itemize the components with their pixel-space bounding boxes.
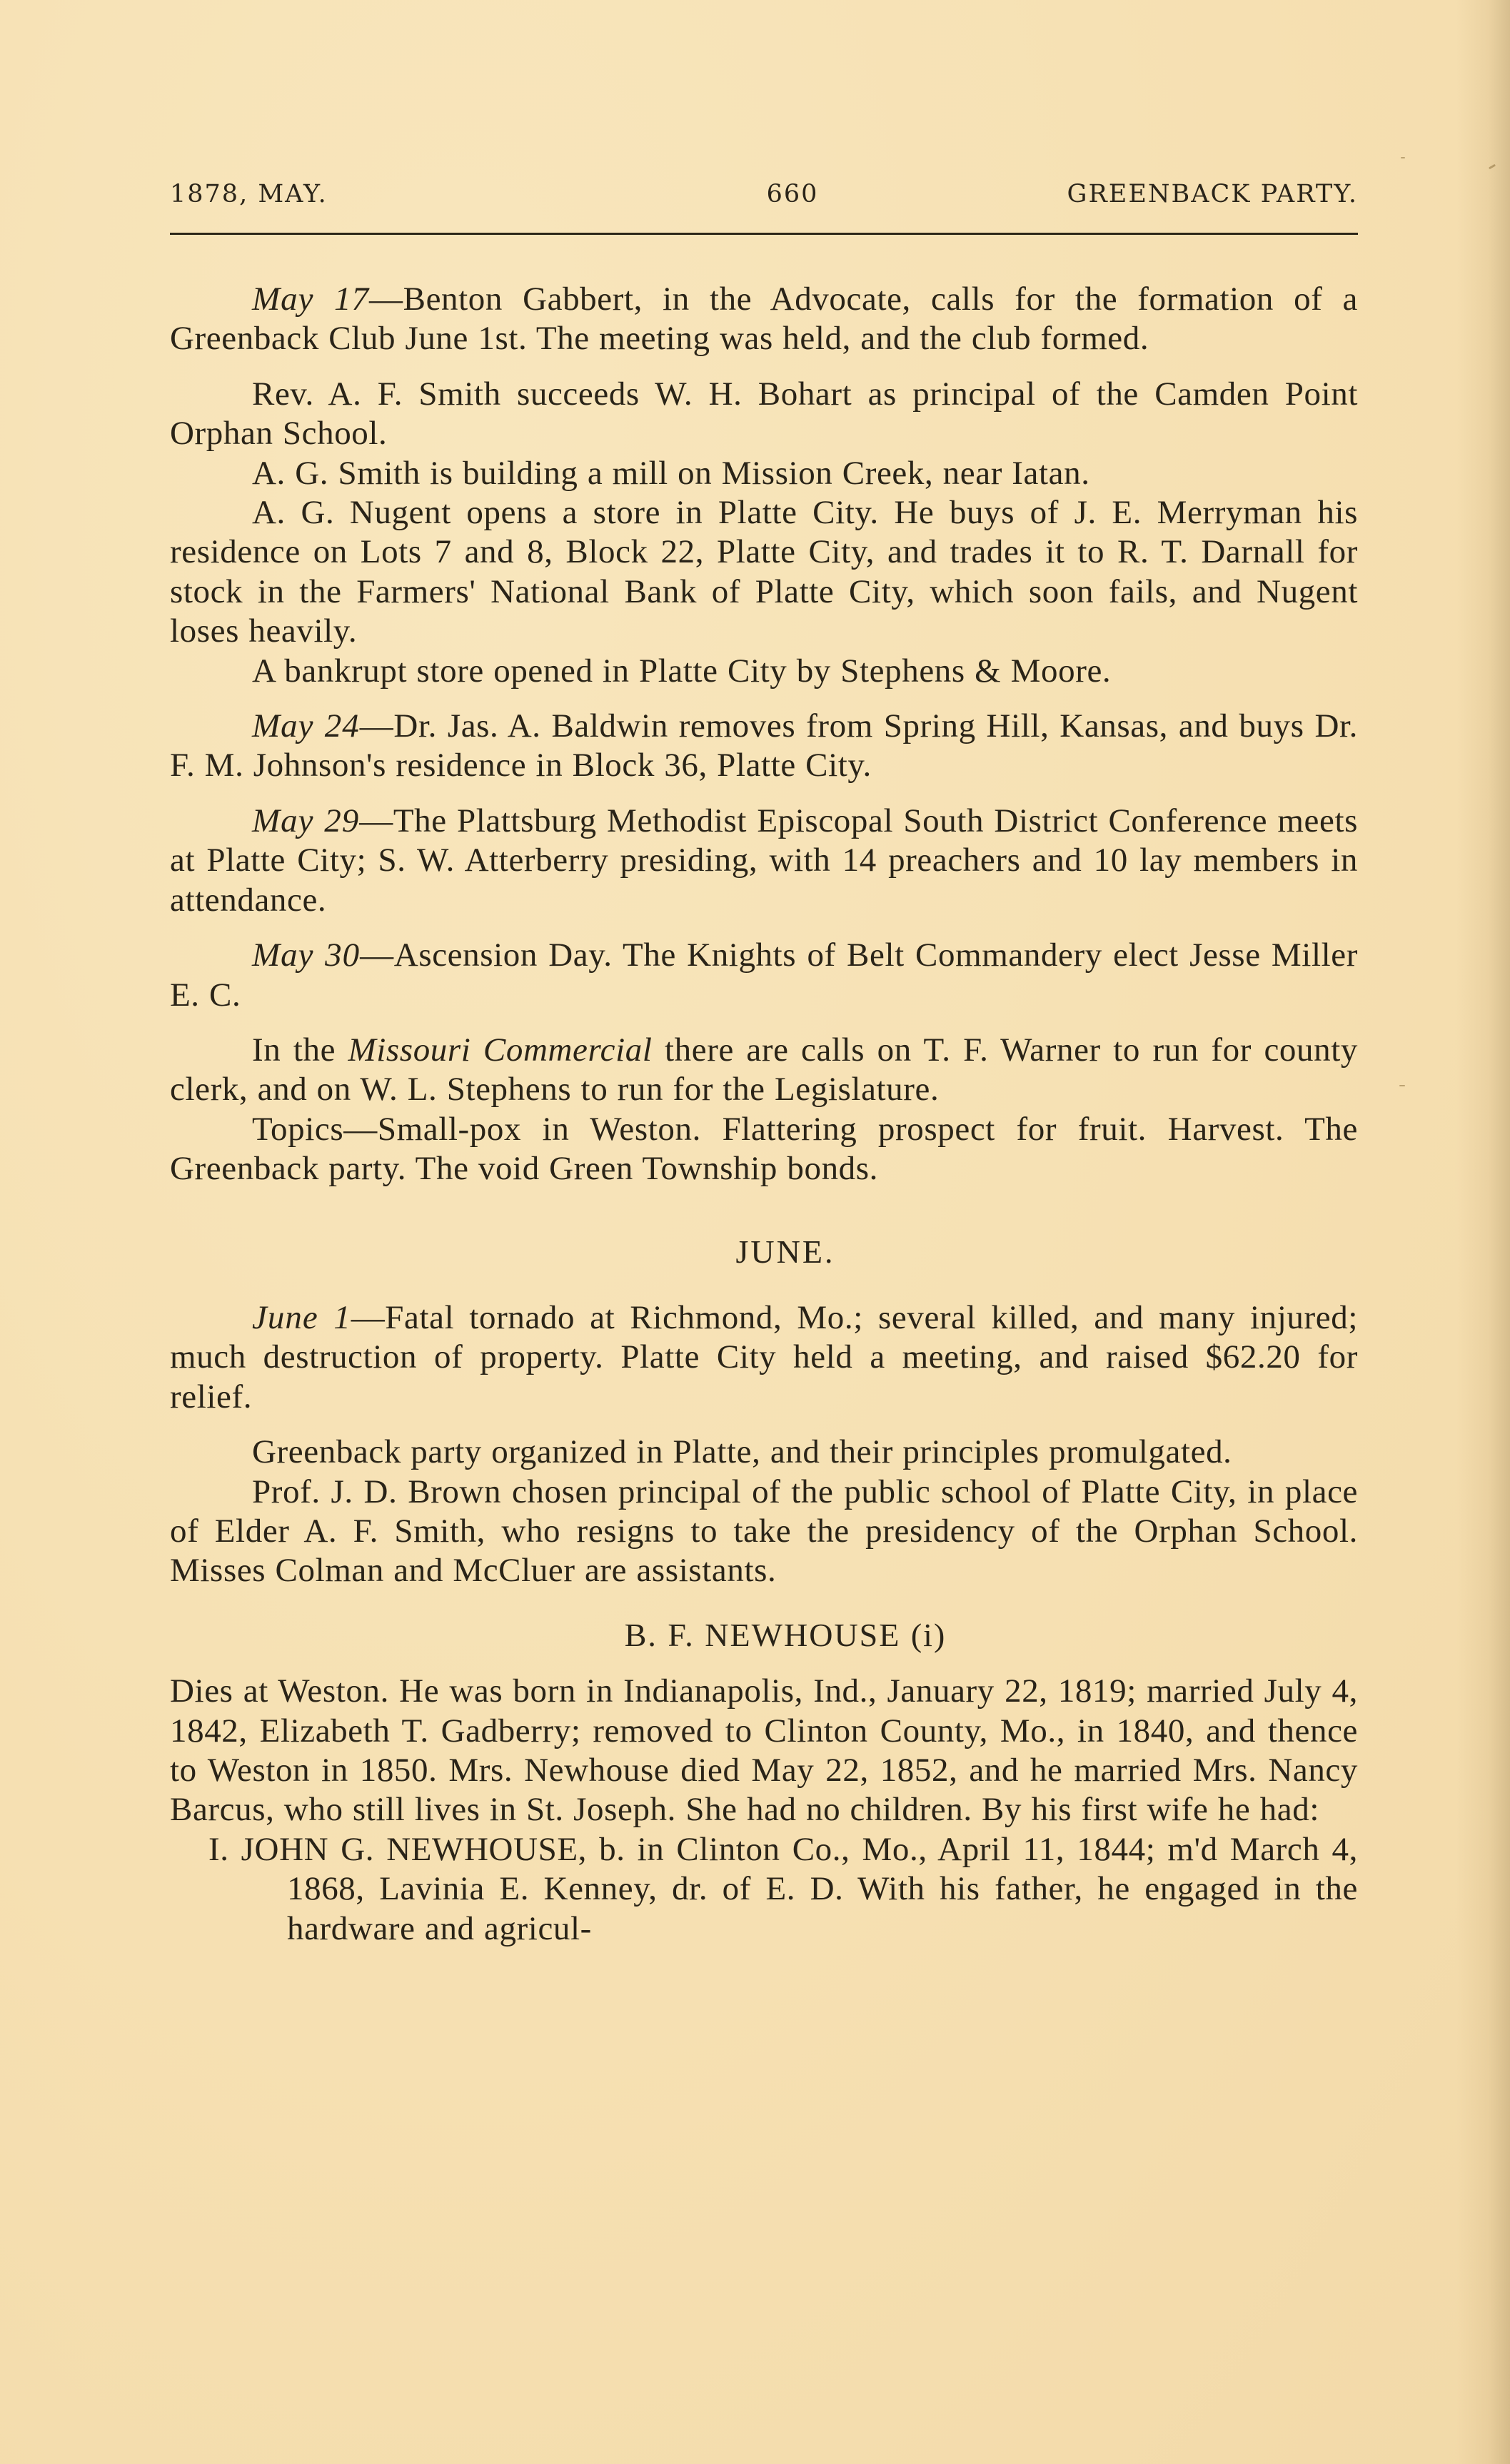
child-list-item: I. JOHN G. NEWHOUSE, b. in Clinton Co., …: [170, 1830, 1358, 1949]
entry-may-17: May 17—Benton Gabbert, in the Advocate, …: [170, 280, 1358, 359]
entry-bankrupt-store: A bankrupt store opened in Platte City b…: [170, 652, 1358, 691]
entry-topics: Topics—Small-pox in Weston. Flattering p…: [170, 1110, 1358, 1189]
entry-missouri-commercial: In the Missouri Commercial there are cal…: [170, 1031, 1358, 1110]
entry-june-1: June 1—Fatal tornado at Richmond, Mo.; s…: [170, 1298, 1358, 1417]
entry-text: Topics—Small-pox in Weston. Flattering p…: [170, 1111, 1358, 1187]
entry-may-30: May 30—Ascension Day. The Knights of Bel…: [170, 936, 1358, 1015]
entry-prefix: In the: [252, 1031, 348, 1069]
entry-text: Rev. A. F. Smith succeeds W. H. Bohart a…: [170, 375, 1358, 452]
entry-date: May 29: [252, 802, 359, 839]
entry-nugent-store: A. G. Nugent opens a store in Platte Cit…: [170, 493, 1358, 652]
newspaper-title: Missouri Commercial: [348, 1031, 653, 1069]
entry-text: A. G. Nugent opens a store in Platte Cit…: [170, 494, 1358, 650]
running-head: 1878, MAY. 660 GREENBACK PARTY.: [170, 180, 1358, 216]
section-heading-june: JUNE.: [170, 1232, 1358, 1271]
entry-text: A. G. Smith is building a mill on Missio…: [252, 455, 1090, 492]
child-numeral: I.: [208, 1831, 229, 1868]
entry-may-29: May 29—The Plattsburg Methodist Episcopa…: [170, 802, 1358, 920]
entry-smith-principal: Rev. A. F. Smith succeeds W. H. Bohart a…: [170, 375, 1358, 454]
entry-date: May 24: [252, 707, 360, 744]
header-rule: [170, 233, 1358, 235]
entry-date: May 17: [252, 281, 369, 318]
entry-may-24: May 24—Dr. Jas. A. Baldwin removes from …: [170, 707, 1358, 786]
paper-speck: [1401, 157, 1405, 158]
book-page: 1878, MAY. 660 GREENBACK PARTY. May 17—B…: [0, 0, 1510, 2464]
entry-text: Prof. J. D. Brown chosen principal of th…: [170, 1473, 1358, 1590]
entry-smith-mill: A. G. Smith is building a mill on Missio…: [170, 454, 1358, 493]
running-head-title: GREENBACK PARTY.: [1067, 180, 1359, 208]
entry-date: May 30: [252, 936, 360, 974]
paper-speck: [1399, 1085, 1405, 1086]
child-text: JOHN G. NEWHOUSE, b. in Clinton Co., Mo.…: [241, 1831, 1358, 1947]
entry-date: June 1: [252, 1299, 351, 1336]
page-body: May 17—Benton Gabbert, in the Advocate, …: [170, 280, 1358, 1949]
entry-greenback-organized: Greenback party organized in Platte, and…: [170, 1433, 1358, 1472]
entry-text: Greenback party organized in Platte, and…: [252, 1433, 1232, 1470]
entry-brown-principal: Prof. J. D. Brown chosen principal of th…: [170, 1473, 1358, 1591]
obituary-text: Dies at Weston. He was born in Indianapo…: [170, 1672, 1358, 1830]
entry-text: A bankrupt store opened in Platte City b…: [252, 652, 1111, 690]
obituary-heading: B. F. NEWHOUSE (i): [170, 1615, 1358, 1655]
paper-speck: [1489, 164, 1496, 170]
